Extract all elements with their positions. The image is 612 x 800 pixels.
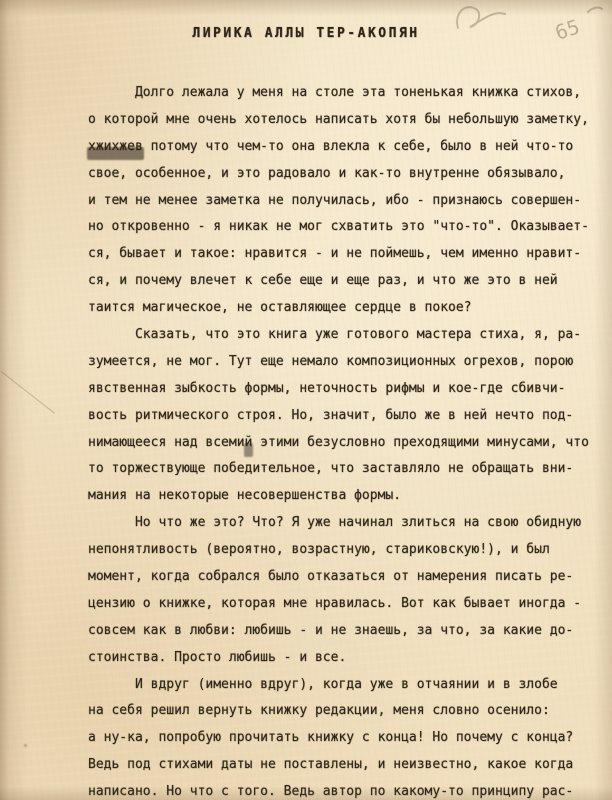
pencil-tick (588, 8, 602, 12)
text-line: ся, и почему влечет к себе еще и еще раз… (88, 268, 600, 295)
text-line: цензию о книжке, которая мне нравилась. … (88, 591, 600, 618)
text-line: нимающееся над всемий этими безусловно п… (88, 430, 600, 457)
text-line: и тем не менее заметка не получилась, иб… (88, 188, 600, 215)
text-line: зумеется, не мог. Тут еще немало компози… (88, 349, 600, 376)
text-line: то торжествующе победительное, что заста… (88, 456, 600, 483)
text-line: момент, когда собрался было отказаться о… (88, 564, 600, 591)
pencil-scribble (457, 7, 505, 28)
text-line: а ну-ка, попробую прочитать книжку с кон… (88, 725, 600, 752)
document-body: Долго лежала у меня на столе эта тоненьк… (88, 80, 600, 800)
text-line: мания на некоторые несовершенства формы. (88, 483, 600, 510)
text-line: написано. Но что с того. Ведь автор по к… (88, 779, 600, 800)
text-line: совсем как в любви: любишь - и не знаешь… (88, 618, 600, 645)
text-line: но откровенно - я никак не мог схватить … (88, 214, 600, 241)
text-line: И вдруг (именно вдруг), когда уже в отча… (88, 672, 600, 699)
scanned-page: 65 ЛИРИКА АЛЛЫ ТЕР-АКОПЯН Долго лежала у… (0, 0, 612, 800)
text-line: Сказать, что это книга уже готового маст… (88, 322, 600, 349)
text-line: свое, особенное, и это радовало и как-то… (88, 161, 600, 188)
text-line: хжихжев потому что чем-то она влекла к с… (88, 134, 600, 161)
text-line: Но что же это? Что? Я уже начинал злитьс… (88, 510, 600, 537)
crease-mark (1, 371, 55, 414)
paper-speck (24, 744, 27, 747)
text-line: непонятливость (вероятно, возрастную, ст… (88, 537, 600, 564)
text-line: явственная зыбкость формы, неточность ри… (88, 376, 600, 403)
text-line: ся, бывает и такое: нравится - и не пойм… (88, 241, 600, 268)
document-title: ЛИРИКА АЛЛЫ ТЕР-АКОПЯН (0, 26, 612, 41)
text-line: Долго лежала у меня на столе эта тоненьк… (88, 80, 600, 107)
text-line: вость ритмического строя. Но, значит, бы… (88, 403, 600, 430)
text-line: Ведь под стихами даты не поставлены, и н… (88, 752, 600, 779)
text-line: таится магическое, не оставляющее сердце… (88, 295, 600, 322)
text-line: стоинства. Просто любишь - и все. (88, 645, 600, 672)
text-line: на себя решил вернуть книжку редакции, м… (88, 698, 600, 725)
text-line: о которой мне очень хотелось написать хо… (88, 107, 600, 134)
